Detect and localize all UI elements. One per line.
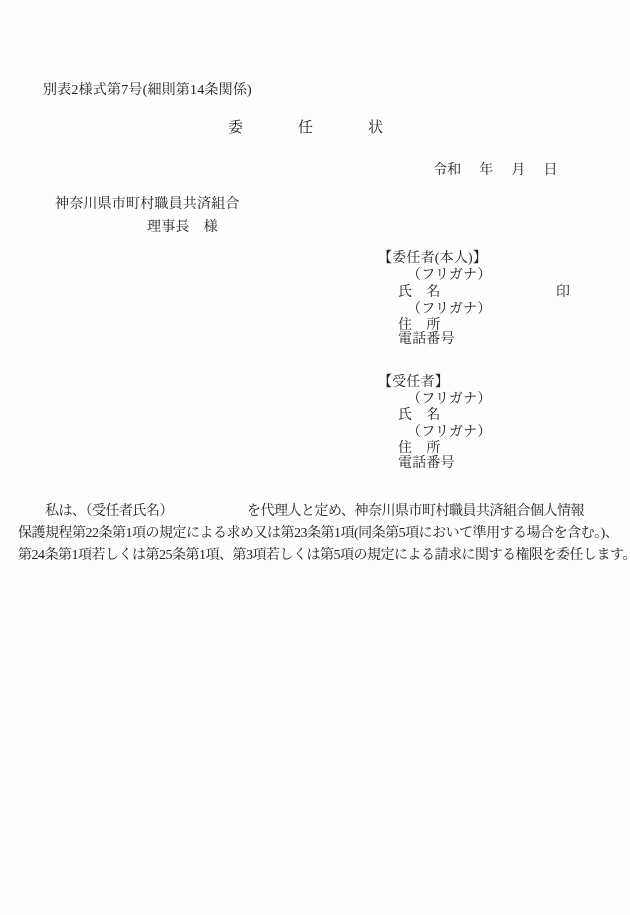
delegator-furigana-label-address: （フリガナ） [407,301,492,318]
form-number-note: 別表2様式第7号(細則第14条関係) [43,82,252,99]
document-title: 委任状 [228,120,438,137]
body-paragraph-line-1: 私は、（受任者氏名） を代理人と定め、神奈川県市町村職員共済組合個人情報 [18,503,584,520]
document-page: 別表2様式第7号(細則第14条関係) 委任状 令和 年 月 日 神奈川県市町村職… [0,0,630,915]
delegate-name-label: 氏 名 [398,407,441,424]
addressee-honorific: 理事長 様 [147,219,218,236]
delegate-furigana-label-name: （フリガナ） [407,391,492,408]
delegator-furigana-label-name: （フリガナ） [407,267,492,284]
date-line: 令和 年 月 日 [433,162,558,179]
delegate-phone-label: 電話番号 [398,455,455,472]
delegator-section-heading: 【委任者(本人)】 [378,250,487,267]
addressee-organization: 神奈川県市町村職員共済組合 [55,196,240,213]
delegate-section-heading: 【受任者】 [378,374,449,391]
delegator-name-label: 氏 名 [398,284,441,301]
delegate-furigana-label-address: （フリガナ） [407,424,492,441]
body-paragraph-line-2: 保護規程第22条第1項の規定による求め又は第23条第1項(同条第5項において準用… [18,525,618,542]
delegator-seal-label: 印 [556,284,570,301]
body-paragraph-line-3: 第24条第1項若しくは第25条第1項、第3項若しくは第5項の規定による請求に関す… [18,547,630,564]
delegator-phone-label: 電話番号 [398,331,455,348]
